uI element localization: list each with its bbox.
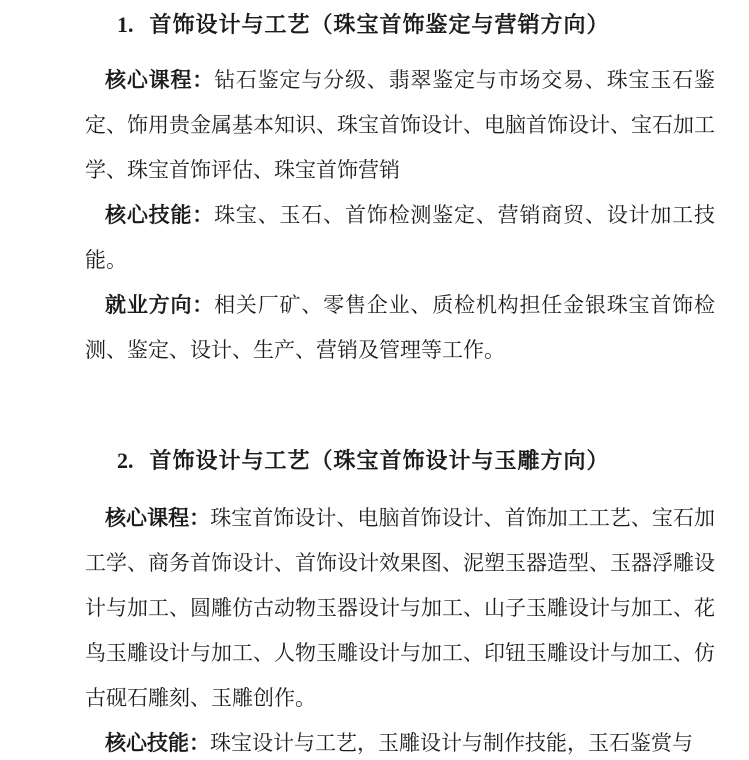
core-skills-label: 核心技能： xyxy=(105,203,214,227)
core-courses-text: 珠宝首饰设计、电脑首饰设计、首饰加工工艺、宝石加工学、商务首饰设计、首饰设计效果… xyxy=(85,506,715,710)
section-1-heading-title: 首饰设计与工艺（珠宝首饰鉴定与营销方向） xyxy=(150,12,610,37)
core-courses-label: 核心课程： xyxy=(105,506,210,530)
section-1-paragraph-core-courses: 核心课程：钻石鉴定与分级、翡翠鉴定与市场交易、珠宝玉石鉴定、饰用贵金属基本知识、… xyxy=(85,58,715,193)
section-2-heading-number: 2. xyxy=(117,448,150,473)
section-2-heading-title: 首饰设计与工艺（珠宝首饰设计与玉雕方向） xyxy=(150,448,610,473)
section-2-paragraph-core-courses: 核心课程：珠宝首饰设计、电脑首饰设计、首饰加工工艺、宝石加工学、商务首饰设计、首… xyxy=(85,496,715,721)
core-courses-label: 核心课程： xyxy=(105,68,214,92)
core-skills-label: 核心技能： xyxy=(105,731,210,755)
section-2-heading: 2.首饰设计与工艺（珠宝首饰设计与玉雕方向） xyxy=(85,438,715,483)
section-2-paragraph-core-skills: 核心技能：珠宝设计与工艺，玉雕设计与制作技能，玉石鉴赏与 xyxy=(85,721,715,760)
document-page: 1.首饰设计与工艺（珠宝首饰鉴定与营销方向） 核心课程：钻石鉴定与分级、翡翠鉴定… xyxy=(0,0,749,760)
section-1-heading-number: 1. xyxy=(117,12,150,37)
section-1-paragraph-career-direction: 就业方向：相关厂矿、零售企业、质检机构担任金银珠宝首饰检测、鉴定、设计、生产、营… xyxy=(85,283,715,373)
career-direction-label: 就业方向： xyxy=(105,293,214,317)
section-1-paragraph-core-skills: 核心技能：珠宝、玉石、首饰检测鉴定、营销商贸、设计加工技能。 xyxy=(85,193,715,283)
section-1-heading: 1.首饰设计与工艺（珠宝首饰鉴定与营销方向） xyxy=(85,2,715,47)
core-skills-text: 珠宝设计与工艺，玉雕设计与制作技能，玉石鉴赏与 xyxy=(210,731,693,755)
